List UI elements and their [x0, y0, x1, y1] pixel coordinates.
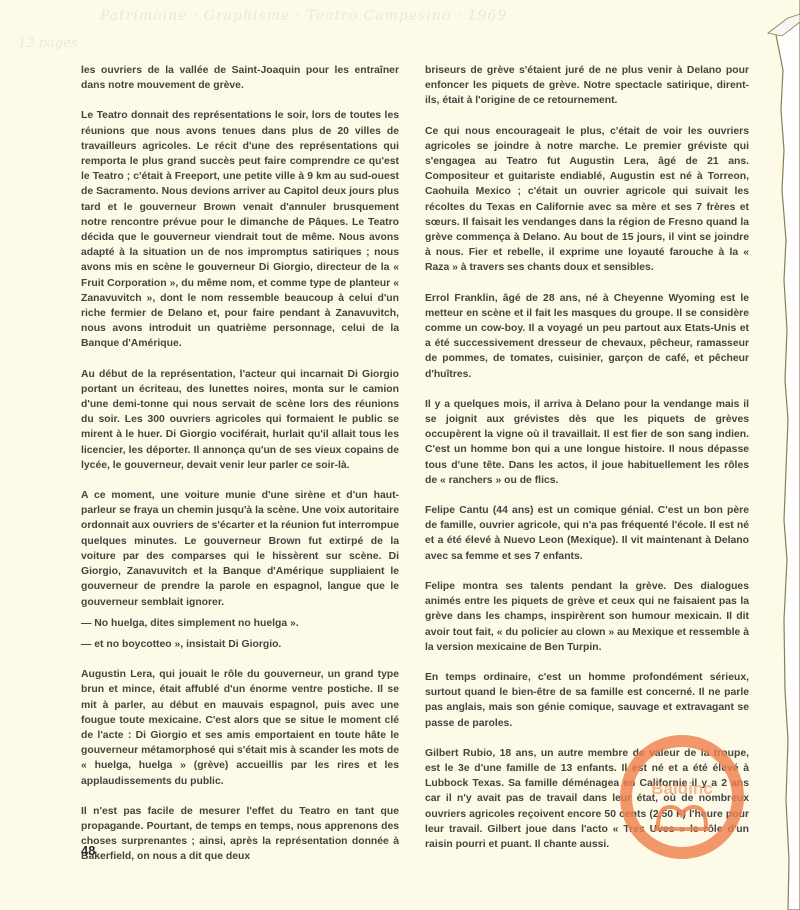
- paragraph: briseurs de grève s'étaient juré de ne p…: [425, 63, 749, 109]
- paragraph: Ce qui nous encourageait le plus, c'étai…: [425, 124, 749, 276]
- paragraph: Felipe montra ses talents pendant la grè…: [425, 579, 749, 655]
- left-column: les ouvriers de la vallée de Saint-Joaqu…: [81, 63, 399, 880]
- handwritten-note-secondary: 12 pages: [18, 36, 77, 51]
- dialog-line: — No huelga, dites simplement no huelga …: [81, 616, 399, 631]
- paragraph: En temps ordinaire, c'est un homme profo…: [425, 670, 749, 731]
- paragraph: Gilbert Rubio, 18 ans, un autre membre d…: [425, 746, 749, 852]
- right-column: briseurs de grève s'étaient juré de ne p…: [425, 63, 749, 867]
- dialog-line: — et no boycotteo », insistait Di Giorgi…: [81, 637, 399, 652]
- torn-page-edge: [758, 0, 800, 910]
- paragraph: Il n'est pas facile de mesurer l'effet d…: [81, 804, 399, 865]
- scanned-page: Patrimoine · Graphisme · Teatro Campesin…: [0, 0, 800, 910]
- paragraph: Au début de la représentation, l'acteur …: [81, 367, 399, 473]
- paragraph: Il y a quelques mois, il arriva à Delano…: [425, 397, 749, 488]
- page-number: 48: [81, 843, 95, 858]
- paragraph: Felipe Cantu (44 ans) est un comique gén…: [425, 503, 749, 564]
- handwritten-note: Patrimoine · Graphisme · Teatro Campesin…: [100, 8, 720, 24]
- paragraph: Le Teatro donnait des représentations le…: [81, 108, 399, 351]
- paragraph: Augustin Lera, qui jouait le rôle du gou…: [81, 667, 399, 789]
- paragraph: les ouvriers de la vallée de Saint-Joaqu…: [81, 63, 399, 93]
- paragraph: Errol Franklin, âgé de 28 ans, né à Chey…: [425, 291, 749, 382]
- paragraph: A ce moment, une voiture munie d'une sir…: [81, 488, 399, 610]
